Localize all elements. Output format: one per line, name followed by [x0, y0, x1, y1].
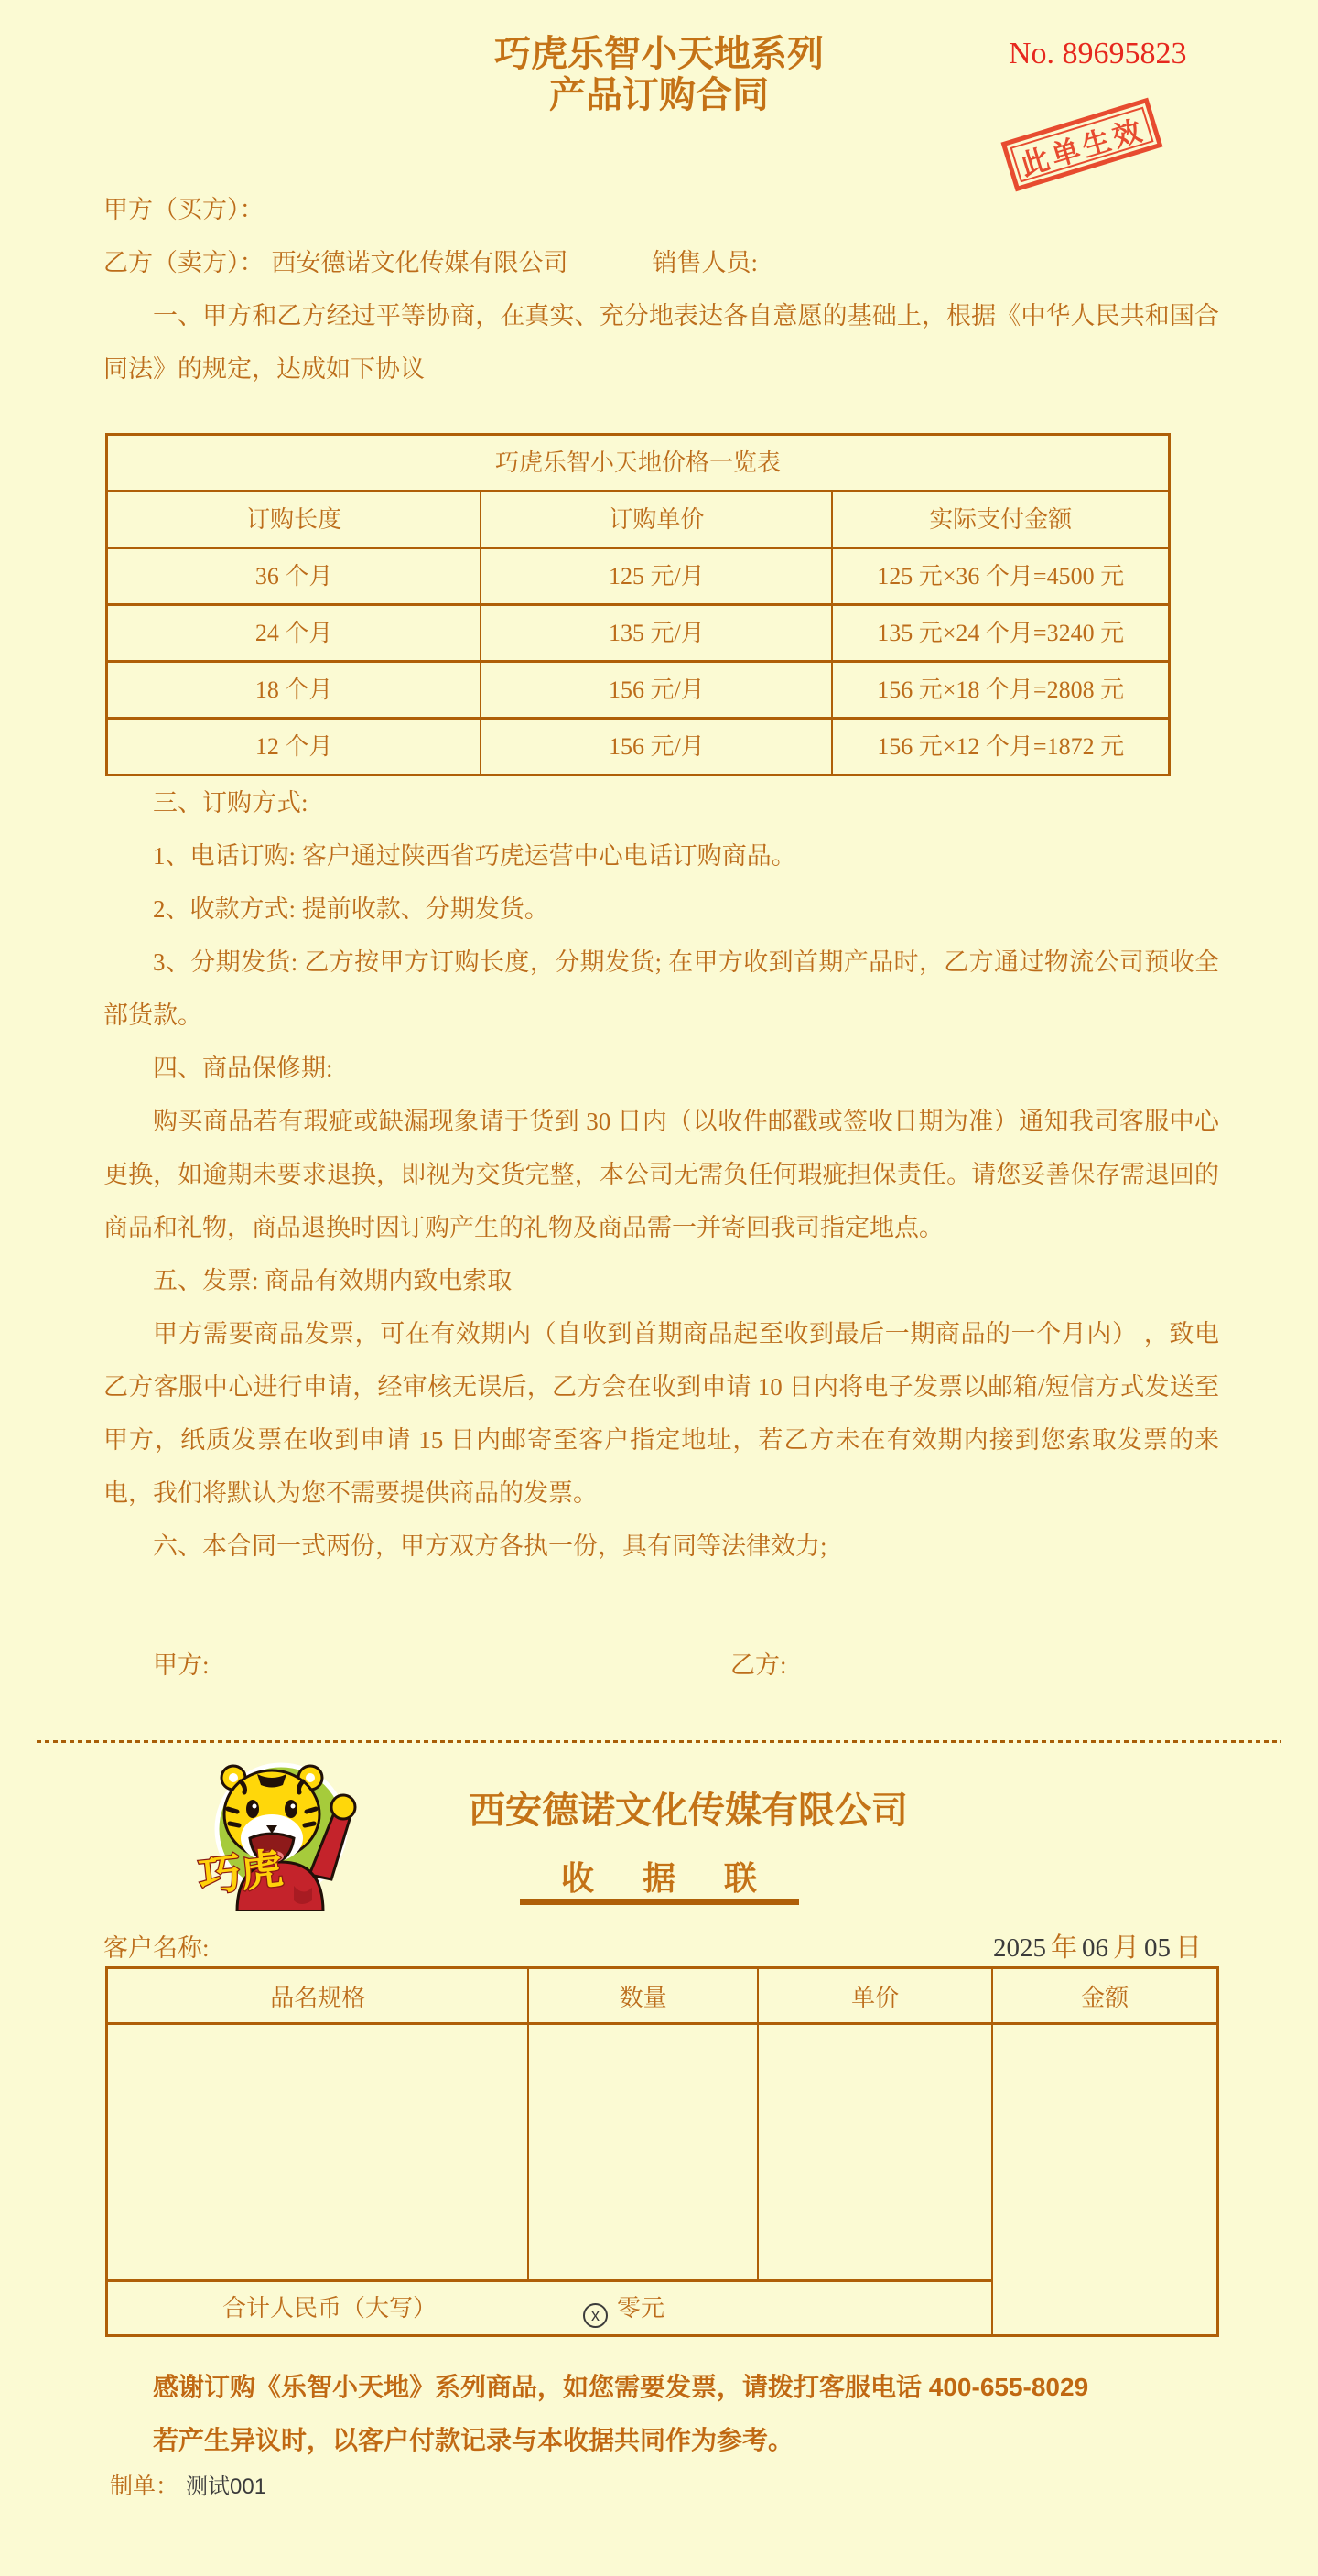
clause-4-body: 购买商品若有瑕疵或缺漏现象请于货到 30 日内（以收件邮戳或签收日期为准）通知我…	[103, 1095, 1219, 1254]
price-col-header-length: 订购长度	[107, 492, 481, 548]
price-table: 巧虎乐智小天地价格一览表 订购长度 订购单价 实际支付金额 36 个月 125 …	[105, 433, 1171, 776]
total-label: 合计人民币（大写）	[222, 2295, 437, 2322]
receipt-label-double-underline	[520, 1899, 799, 1905]
receipt-company-name: 西安德诺文化传媒有限公司	[0, 1781, 1318, 1834]
receipt-col-header-amount: 金额	[992, 1968, 1217, 2024]
date-year: 2025	[993, 1933, 1046, 1963]
customer-name-label: 客户名称:	[103, 1928, 210, 1964]
price-cell: 36 个月	[107, 548, 481, 605]
clause-3-item-1: 1、电话订购: 客户通过陕西省巧虎运营中心电话订购商品。	[103, 829, 1219, 882]
clause-6: 六、本合同一式两份，甲方双方各执一份，具有同等法律效力;	[103, 1520, 1219, 1573]
document-number: No. 89695823	[1009, 37, 1187, 71]
price-row-36: 36 个月 125 元/月 125 元×36 个月=4500 元	[107, 548, 1170, 605]
date-day: 05	[1144, 1933, 1171, 1963]
price-col-header-amount: 实际支付金额	[832, 492, 1169, 548]
validity-stamp-text: 此单生效	[1014, 106, 1149, 183]
clause-1: 一、甲方和乙方经过平等协商，在真实、充分地表达各自意愿的基础上，根据《中华人民共…	[103, 289, 1219, 395]
date-year-unit: 年	[1051, 1933, 1077, 1963]
thanks-line: 感谢订购《乐智小天地》系列商品，如您需要发票，请拨打客服电话 400-655-8…	[103, 2361, 1219, 2414]
price-cell: 156 元/月	[481, 719, 832, 775]
receipt-col-header-item: 品名规格	[107, 1968, 529, 2024]
party-b-label: 乙方（卖方）：	[103, 249, 265, 276]
price-row-18: 18 个月 156 元/月 156 元×18 个月=2808 元	[107, 662, 1170, 719]
price-row-12: 12 个月 156 元/月 156 元×12 个月=1872 元	[107, 719, 1170, 775]
party-b-line: 乙方（卖方）：西安德诺文化传媒有限公司销售人员:	[103, 236, 1219, 289]
clause-4-heading: 四、商品保修期:	[103, 1042, 1219, 1095]
dispute-line: 若产生异议时，以客户付款记录与本收据共同作为参考。	[103, 2414, 1219, 2467]
receipt-col-header-unit-price: 单价	[758, 1968, 992, 2024]
circled-x-mark: x	[583, 2303, 608, 2328]
price-cell: 135 元/月	[481, 605, 832, 662]
receipt-date: 2025年06月05日	[988, 1927, 1202, 1964]
sales-person-label: 销售人员:	[653, 249, 759, 276]
price-table-caption: 巧虎乐智小天地价格一览表	[107, 435, 1170, 492]
receipt-table: 品名规格 数量 单价 金额 合计人民币（大写）x零元	[105, 1966, 1219, 2337]
contract-page: 巧虎乐智小天地系列 产品订购合同 No. 89695823 此单生效 甲方（买方…	[0, 0, 1318, 2576]
customer-row: 客户名称: 2025年06月05日	[103, 1927, 1202, 1964]
party-a-label: 甲方（买方）：	[103, 196, 265, 223]
price-row-24: 24 个月 135 元/月 135 元×24 个月=3240 元	[107, 605, 1170, 662]
receipt-copy-label: 收 据 联	[0, 1853, 1318, 1900]
date-day-unit: 日	[1175, 1933, 1202, 1963]
price-cell: 156 元×12 个月=1872 元	[832, 719, 1169, 775]
price-cell: 12 个月	[107, 719, 481, 775]
price-table-header-row: 订购长度 订购单价 实际支付金额	[107, 492, 1170, 548]
receipt-table-empty-row	[107, 2024, 1218, 2281]
price-cell: 18 个月	[107, 662, 481, 719]
contract-header: 巧虎乐智小天地系列 产品订购合同 No. 89695823 此单生效	[0, 0, 1318, 183]
clause-5-heading: 五、发票: 商品有效期内致电索取	[103, 1254, 1219, 1307]
price-cell: 125 元/月	[481, 548, 832, 605]
price-cell: 156 元/月	[481, 662, 832, 719]
date-month-unit: 月	[1113, 1933, 1140, 1963]
party-a-line: 甲方（买方）：	[103, 183, 1219, 236]
receipt-header: 巧虎 西安德诺文化传媒有限公司 收 据 联 客户名称: 2025年06月05日	[0, 1743, 1318, 1966]
price-col-header-unit-price: 订购单价	[481, 492, 832, 548]
maker-line: 制单：测试001	[110, 2467, 1219, 2507]
clause-3-item-2: 2、收款方式: 提前收款、分期发货。	[103, 882, 1219, 936]
receipt-cell-unit-price	[758, 2024, 992, 2281]
receipt-cell-amount	[992, 2024, 1217, 2336]
receipt-cell-item	[107, 2024, 529, 2281]
clause-5-body: 甲方需要商品发票，可在有效期内（自收到首期商品起至收到最后一期商品的一个月内） …	[103, 1307, 1219, 1520]
date-month: 06	[1082, 1933, 1108, 1963]
signature-party-a-label: 甲方:	[153, 1651, 210, 1679]
receipt-total-cell: 合计人民币（大写）x零元	[107, 2281, 993, 2336]
price-cell: 125 元×36 个月=4500 元	[832, 548, 1169, 605]
party-b-name: 西安德诺文化传媒有限公司	[272, 249, 568, 276]
signature-row: 甲方: 乙方:	[103, 1639, 1219, 1692]
contract-body: 甲方（买方）： 乙方（卖方）：西安德诺文化传媒有限公司销售人员: 一、甲方和乙方…	[103, 183, 1219, 1692]
total-value-group: x零元	[583, 2295, 664, 2322]
receipt-table-header-row: 品名规格 数量 单价 金额	[107, 1968, 1218, 2024]
receipt-cell-qty	[528, 2024, 757, 2281]
total-value: 零元	[617, 2295, 664, 2322]
receipt-col-header-qty: 数量	[528, 1968, 757, 2024]
maker-label: 制单：	[110, 2474, 178, 2499]
price-cell: 156 元×18 个月=2808 元	[832, 662, 1169, 719]
clause-3-heading: 三、订购方式:	[103, 776, 1219, 829]
clause-3-item-3: 3、分期发货: 乙方按甲方订购长度，分期发货; 在甲方收到首期产品时，乙方通过物…	[103, 936, 1219, 1042]
price-table-caption-row: 巧虎乐智小天地价格一览表	[107, 435, 1170, 492]
maker-value: 测试001	[186, 2474, 266, 2499]
price-cell: 24 个月	[107, 605, 481, 662]
price-cell: 135 元×24 个月=3240 元	[832, 605, 1169, 662]
signature-party-b-label: 乙方:	[730, 1639, 787, 1692]
receipt-section: 巧虎 西安德诺文化传媒有限公司 收 据 联 客户名称: 2025年06月05日 …	[0, 1743, 1318, 2507]
